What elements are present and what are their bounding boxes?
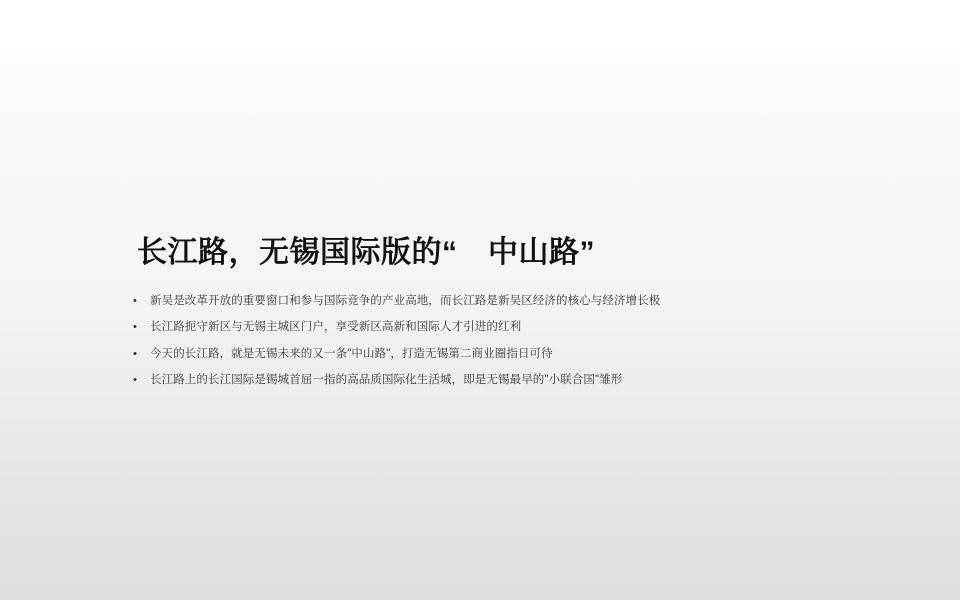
slide-title: 长江路，无锡国际版的“ 中山路”: [137, 234, 595, 272]
bullet-item: • 长江路上的长江国际是锡城首屈一指的高品质国际化生活城，即是无锡最早的"小联合…: [133, 373, 660, 388]
bullet-marker: •: [133, 373, 150, 388]
bullet-item: • 新吴是改革开放的重要窗口和参与国际竞争的产业高地，而长江路是新吴区经济的核心…: [133, 294, 660, 309]
slide-canvas: 长江路，无锡国际版的“ 中山路” • 新吴是改革开放的重要窗口和参与国际竞争的产…: [0, 0, 960, 600]
bullet-text: 今天的长江路，就是无锡未来的又一条"中山路"，打造无锡第二商业圈指日可待: [150, 347, 553, 362]
bullet-item: • 长江路扼守新区与无锡主城区门户，享受新区高新和国际人才引进的红利: [133, 320, 660, 335]
bullet-list: • 新吴是改革开放的重要窗口和参与国际竞争的产业高地，而长江路是新吴区经济的核心…: [133, 294, 660, 388]
bullet-item: • 今天的长江路，就是无锡未来的又一条"中山路"，打造无锡第二商业圈指日可待: [133, 347, 660, 362]
bullet-text: 长江路扼守新区与无锡主城区门户，享受新区高新和国际人才引进的红利: [150, 320, 521, 335]
bullet-marker: •: [133, 294, 150, 309]
bullet-marker: •: [133, 347, 150, 362]
bullet-marker: •: [133, 320, 150, 335]
bullet-text: 长江路上的长江国际是锡城首屈一指的高品质国际化生活城，即是无锡最早的"小联合国"…: [150, 373, 622, 388]
bullet-text: 新吴是改革开放的重要窗口和参与国际竞争的产业高地，而长江路是新吴区经济的核心与经…: [150, 294, 660, 309]
